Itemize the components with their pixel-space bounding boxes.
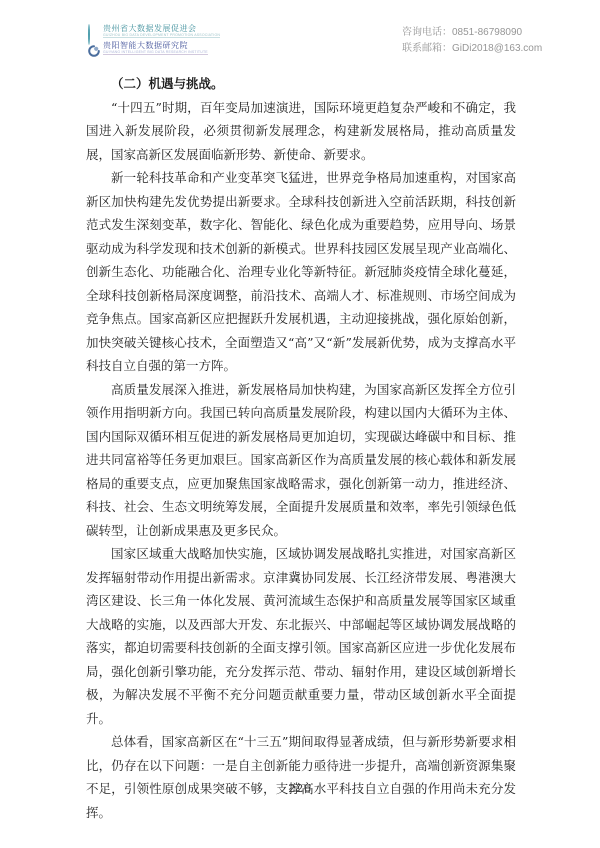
paragraph: 国家区域重大战略加快实施，区域协调发展战略扎实推进，对国家高新区发挥辐射带动作用… — [86, 542, 516, 730]
email-value: GiDi2018@163.com — [452, 43, 542, 54]
document-body: （二）机遇与挑战。 “十四五”时期，百年变局加速演进，国际环境更趋复杂严峻和不确… — [86, 72, 516, 824]
association-logo: 贵州省大数据发展促进会 GUIZHOU BIG DATA DEVELOPMENT… — [88, 24, 220, 38]
globe-icon — [88, 25, 100, 37]
paragraph: 总体看，国家高新区在“十三五”期间取得显著成绩，但与新形势新要求相比，仍存在以下… — [86, 730, 516, 824]
section-heading: （二）机遇与挑战。 — [86, 72, 516, 96]
paragraph: 新一轮科技革命和产业变革突飞猛进，世界竞争格局加速重构，对国家高新区加快构建先发… — [86, 166, 516, 378]
institute-logo: 贵阳智能大数据研究院 GUIYANG INTELLIGENT BIG DATA … — [88, 41, 220, 55]
association-subtitle: GUIZHOU BIG DATA DEVELOPMENT PROMOTION A… — [103, 33, 220, 39]
paragraph: “十四五”时期，百年变局加速演进，国际环境更趋复杂严峻和不确定，我国进入新发展阶… — [86, 96, 516, 167]
email-label: 联系邮箱： — [402, 43, 452, 54]
contact-email-line: 联系邮箱：GiDi2018@163.com — [402, 41, 542, 57]
page-number: 226 — [0, 781, 600, 795]
letterhead-logos: 贵州省大数据发展促进会 GUIZHOU BIG DATA DEVELOPMENT… — [88, 24, 220, 58]
association-name: 贵州省大数据发展促进会 — [103, 24, 220, 33]
phone-label: 咨询电话： — [402, 27, 452, 38]
contact-phone-line: 咨询电话：0851-86798090 — [402, 25, 542, 41]
institute-subtitle: GUIYANG INTELLIGENT BIG DATA RESEARCH IN… — [103, 50, 208, 56]
swirl-icon — [88, 42, 100, 54]
paragraph: 高质量发展深入推进，新发展格局加快构建，为国家高新区发挥全方位引领作用指明新方向… — [86, 378, 516, 543]
document-page: 贵州省大数据发展促进会 GUIZHOU BIG DATA DEVELOPMENT… — [0, 0, 600, 848]
institute-name: 贵阳智能大数据研究院 — [103, 41, 208, 50]
contact-info: 咨询电话：0851-86798090 联系邮箱：GiDi2018@163.com — [402, 25, 542, 57]
phone-value: 0851-86798090 — [452, 27, 522, 38]
